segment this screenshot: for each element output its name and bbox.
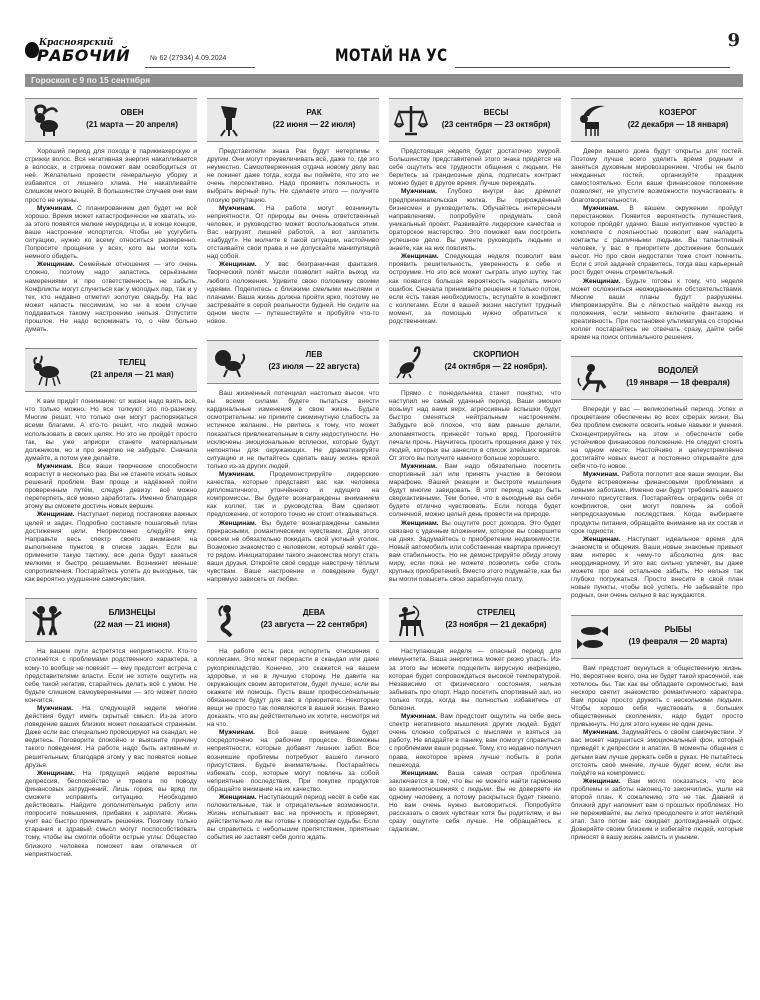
- women-forecast: Женщинам. Наступающий период несёт в себ…: [207, 794, 379, 843]
- women-forecast: Женщинам. Вам могло показаться, что все …: [571, 778, 743, 843]
- sign-text: Вам предстоит окунуться в общественную ж…: [571, 665, 743, 843]
- lion-icon: [211, 344, 247, 380]
- sign-name: БЛИЗНЕЦЫ: [67, 608, 197, 617]
- general-forecast: На работе есть риск испортить отношения …: [207, 648, 379, 729]
- sign-name: ДЕВА: [249, 608, 379, 617]
- men-forecast: Мужчинам. Все ваши творческие способност…: [25, 463, 197, 512]
- women-forecast: Женщинам. Семейные отношения — это очень…: [25, 261, 197, 334]
- scales-icon: [393, 102, 429, 138]
- general-forecast: Хороший период для похода в парикмахерск…: [25, 148, 197, 205]
- bull-icon: [29, 352, 65, 388]
- sign-aquarius: ВОДОЛЕЙ (19 января — 18 февраля) Впереди…: [571, 356, 743, 600]
- sign-dates: (24 октября — 22 ноября).: [431, 362, 561, 371]
- sign-leo: ЛЕВ (23 июля — 22 августа) Ваш жизненный…: [207, 340, 379, 584]
- sign-name: ЛЕВ: [249, 350, 379, 359]
- women-forecast: Женщинам. Следующая неделя позволит вам …: [389, 253, 561, 326]
- general-forecast: Ваш жизненный потенциал настолько высок,…: [207, 390, 379, 471]
- section-banner: Гороскоп с 9 по 15 сентября: [25, 74, 743, 87]
- general-forecast: Представители знака Рак будут нетерпимы …: [207, 148, 379, 205]
- goat-icon: [575, 102, 611, 138]
- sign-text: Хороший период для похода в парикмахерск…: [25, 148, 197, 334]
- general-forecast: Наступающая неделя — опасный период для …: [389, 648, 561, 713]
- sign-name: РЫБЫ: [613, 625, 743, 634]
- women-forecast: Женщинам. У вас безграничная фантазия. Т…: [207, 261, 379, 326]
- general-forecast: Впереди у вас — великолепный период. Усп…: [571, 406, 743, 471]
- sign-text: Представители знака Рак будут нетерпимы …: [207, 148, 379, 326]
- women-forecast: Женщинам. На грядущей неделе вероятны де…: [25, 770, 197, 859]
- sign-cancer: РАК (22 июня — 22 июля) Представители зн…: [207, 98, 379, 326]
- fish-icon: [575, 619, 611, 655]
- sign-gemini: БЛИЗНЕЦЫ (22 мая — 21 июня) На вашем пут…: [25, 598, 197, 858]
- sign-aries: ОВЕН (21 марта — 20 апреля) Хороший пери…: [25, 98, 197, 334]
- page-number: 9: [727, 30, 740, 51]
- women-forecast: Женщинам. Наступает период постановки ва…: [25, 511, 197, 584]
- men-forecast: Мужчинам. Вам предстоит ощутить на себе …: [389, 713, 561, 770]
- sign-dates: (21 марта — 20 апреля): [67, 120, 197, 129]
- sign-text: Наступающая неделя — опасный период для …: [389, 648, 561, 834]
- maiden-icon: [211, 602, 247, 638]
- sign-dates: (23 августа — 22 сентября): [249, 620, 379, 629]
- women-forecast: Женщинам. Вы ощутите рост доходов. Это б…: [389, 520, 561, 585]
- masthead: Красноярский РАБОЧИЙ № 62 (27934) 4.09.2…: [25, 38, 740, 68]
- sign-header: ДЕВА (23 августа — 22 сентября): [207, 598, 379, 642]
- archer-icon: [393, 602, 429, 638]
- sign-virgo: ДЕВА (23 августа — 22 сентября) На работ…: [207, 598, 379, 842]
- men-forecast: Мужчинам. Глубоко внутри вас дремлет пре…: [389, 188, 561, 253]
- sign-header: ОВЕН (21 марта — 20 апреля): [25, 98, 197, 142]
- sign-text: На вашем пути встретятся неприятности. К…: [25, 648, 197, 858]
- sign-header: ТЕЛЕЦ (21 апреля — 21 мая): [25, 348, 197, 392]
- sign-pisces: РЫБЫ (19 февраля — 20 марта) Вам предсто…: [571, 615, 743, 843]
- men-forecast: Мужчинам. С планированием дел будет не в…: [25, 205, 197, 262]
- sign-header: РЫБЫ (19 февраля — 20 марта): [571, 615, 743, 659]
- sign-sagittarius: СТРЕЛЕЦ (23 ноября — 21 декабря) Наступа…: [389, 598, 561, 834]
- men-forecast: Мужчинам. Работа поглотит все ваши эмоци…: [571, 471, 743, 536]
- women-forecast: Женщинам. Будьте готовы к тому, что неде…: [571, 278, 743, 343]
- column-3: ВЕСЫ (23 сентября — 23 октября) Предстоя…: [389, 98, 561, 834]
- sign-libra: ВЕСЫ (23 сентября — 23 октября) Предстоя…: [389, 98, 561, 326]
- section-title: МОТАЙ НА УС: [335, 46, 448, 66]
- sign-dates: (22 декабря — 18 января): [613, 120, 743, 129]
- sign-text: Двери вашего дома будут открыты для гост…: [571, 148, 743, 342]
- general-forecast: Вам предстоит окунуться в общественную ж…: [571, 665, 743, 730]
- scorpion-icon: [393, 344, 429, 380]
- issue-info: № 62 (27934) 4.09.2024: [150, 55, 226, 62]
- sign-dates: (22 мая — 21 июня): [67, 620, 197, 629]
- women-forecast: Женщинам. Вы будете вознаграждены самыми…: [207, 520, 379, 585]
- sign-dates: (23 сентября — 23 октября): [431, 120, 561, 129]
- men-forecast: Мужчинам. На работе могут возникнуть неп…: [207, 205, 379, 262]
- logo-main-text: РАБОЧИЙ: [37, 46, 130, 65]
- sign-text: Ваш жизненный потенциал настолько высок,…: [207, 390, 379, 584]
- sign-name: ОВЕН: [67, 108, 197, 117]
- twins-icon: [29, 602, 65, 638]
- sign-text: Впереди у вас — великолепный период. Усп…: [571, 406, 743, 600]
- sign-header: СТРЕЛЕЦ (23 ноября — 21 декабря): [389, 598, 561, 642]
- sign-name: СКОРПИОН: [431, 350, 561, 359]
- sign-header: ВОДОЛЕЙ (19 января — 18 февраля): [571, 356, 743, 400]
- sign-dates: (23 ноября — 21 декабря): [431, 620, 561, 629]
- general-forecast: Предстоящая неделя будет достаточно хмур…: [389, 148, 561, 188]
- sign-dates: (21 апреля — 21 мая): [67, 370, 197, 379]
- column-4: КОЗЕРОГ (22 декабря — 18 января) Двери в…: [571, 98, 743, 843]
- ram-icon: [29, 102, 65, 138]
- men-forecast: Мужчинам. На следующей неделе многие дей…: [25, 705, 197, 770]
- sign-header: РАК (22 июня — 22 июля): [207, 98, 379, 142]
- column-1: ОВЕН (21 марта — 20 апреля) Хороший пери…: [25, 98, 197, 859]
- women-forecast: Женщинам. Наступает идеальное время для …: [571, 536, 743, 601]
- men-forecast: Мужчинам. Продемонстрируйте лидерские ка…: [207, 471, 379, 520]
- men-forecast: Мужчинам. Задумайтесь о своём самочувств…: [571, 729, 743, 778]
- sign-text: Предстоящая неделя будет достаточно хмур…: [389, 148, 561, 326]
- men-forecast: Мужчинам. Всё ваше внимание будет сосред…: [207, 729, 379, 794]
- sign-header: БЛИЗНЕЦЫ (22 мая — 21 июня): [25, 598, 197, 642]
- crab-icon: [211, 102, 247, 138]
- sign-name: СТРЕЛЕЦ: [431, 608, 561, 617]
- sign-name: ВОДОЛЕЙ: [613, 366, 743, 375]
- sign-name: ТЕЛЕЦ: [67, 358, 197, 367]
- sign-scorpio: СКОРПИОН (24 октября — 22 ноября). Прямо…: [389, 340, 561, 584]
- sign-dates: (22 июня — 22 июля): [249, 120, 379, 129]
- men-forecast: Мужчинам. В вашем окружении пройдут пере…: [571, 205, 743, 278]
- newspaper-logo: Красноярский РАБОЧИЙ: [25, 38, 145, 68]
- sign-dates: (23 июля — 22 августа): [249, 362, 379, 371]
- sign-header: КОЗЕРОГ (22 декабря — 18 января): [571, 98, 743, 142]
- general-forecast: К вам придёт понимание: от жизни надо вз…: [25, 398, 197, 463]
- sign-header: ВЕСЫ (23 сентября — 23 октября): [389, 98, 561, 142]
- column-2: РАК (22 июня — 22 июля) Представители зн…: [207, 98, 379, 843]
- sign-text: Прямо с понедельника станет понятно, что…: [389, 390, 561, 584]
- men-forecast: Мужчинам. Вам надо обязательно посетить …: [389, 463, 561, 520]
- general-forecast: Прямо с понедельника станет понятно, что…: [389, 390, 561, 463]
- banner-title: Гороскоп с 9 по 15 сентября: [31, 75, 150, 85]
- sign-name: КОЗЕРОГ: [613, 108, 743, 117]
- general-forecast: На вашем пути встретятся неприятности. К…: [25, 648, 197, 705]
- sign-capricorn: КОЗЕРОГ (22 декабря — 18 января) Двери в…: [571, 98, 743, 342]
- sign-dates: (19 января — 18 февраля): [613, 378, 743, 387]
- sign-taurus: ТЕЛЕЦ (21 апреля — 21 мая) К вам придёт …: [25, 348, 197, 584]
- water-bearer-icon: [575, 360, 611, 396]
- sign-header: СКОРПИОН (24 октября — 22 ноября).: [389, 340, 561, 384]
- sign-dates: (19 февраля — 20 марта): [613, 637, 743, 646]
- general-forecast: Двери вашего дома будут открыты для гост…: [571, 148, 743, 205]
- sign-header: ЛЕВ (23 июля — 22 августа): [207, 340, 379, 384]
- sign-name: РАК: [249, 108, 379, 117]
- header-rule-left: [145, 67, 255, 68]
- sign-name: ВЕСЫ: [431, 108, 561, 117]
- women-forecast: Женщинам. Ваша самая острая проблема зак…: [389, 770, 561, 835]
- sign-text: На работе есть риск испортить отношения …: [207, 648, 379, 842]
- sign-text: К вам придёт понимание: от жизни надо вз…: [25, 398, 197, 584]
- header-rule-right: [455, 67, 730, 68]
